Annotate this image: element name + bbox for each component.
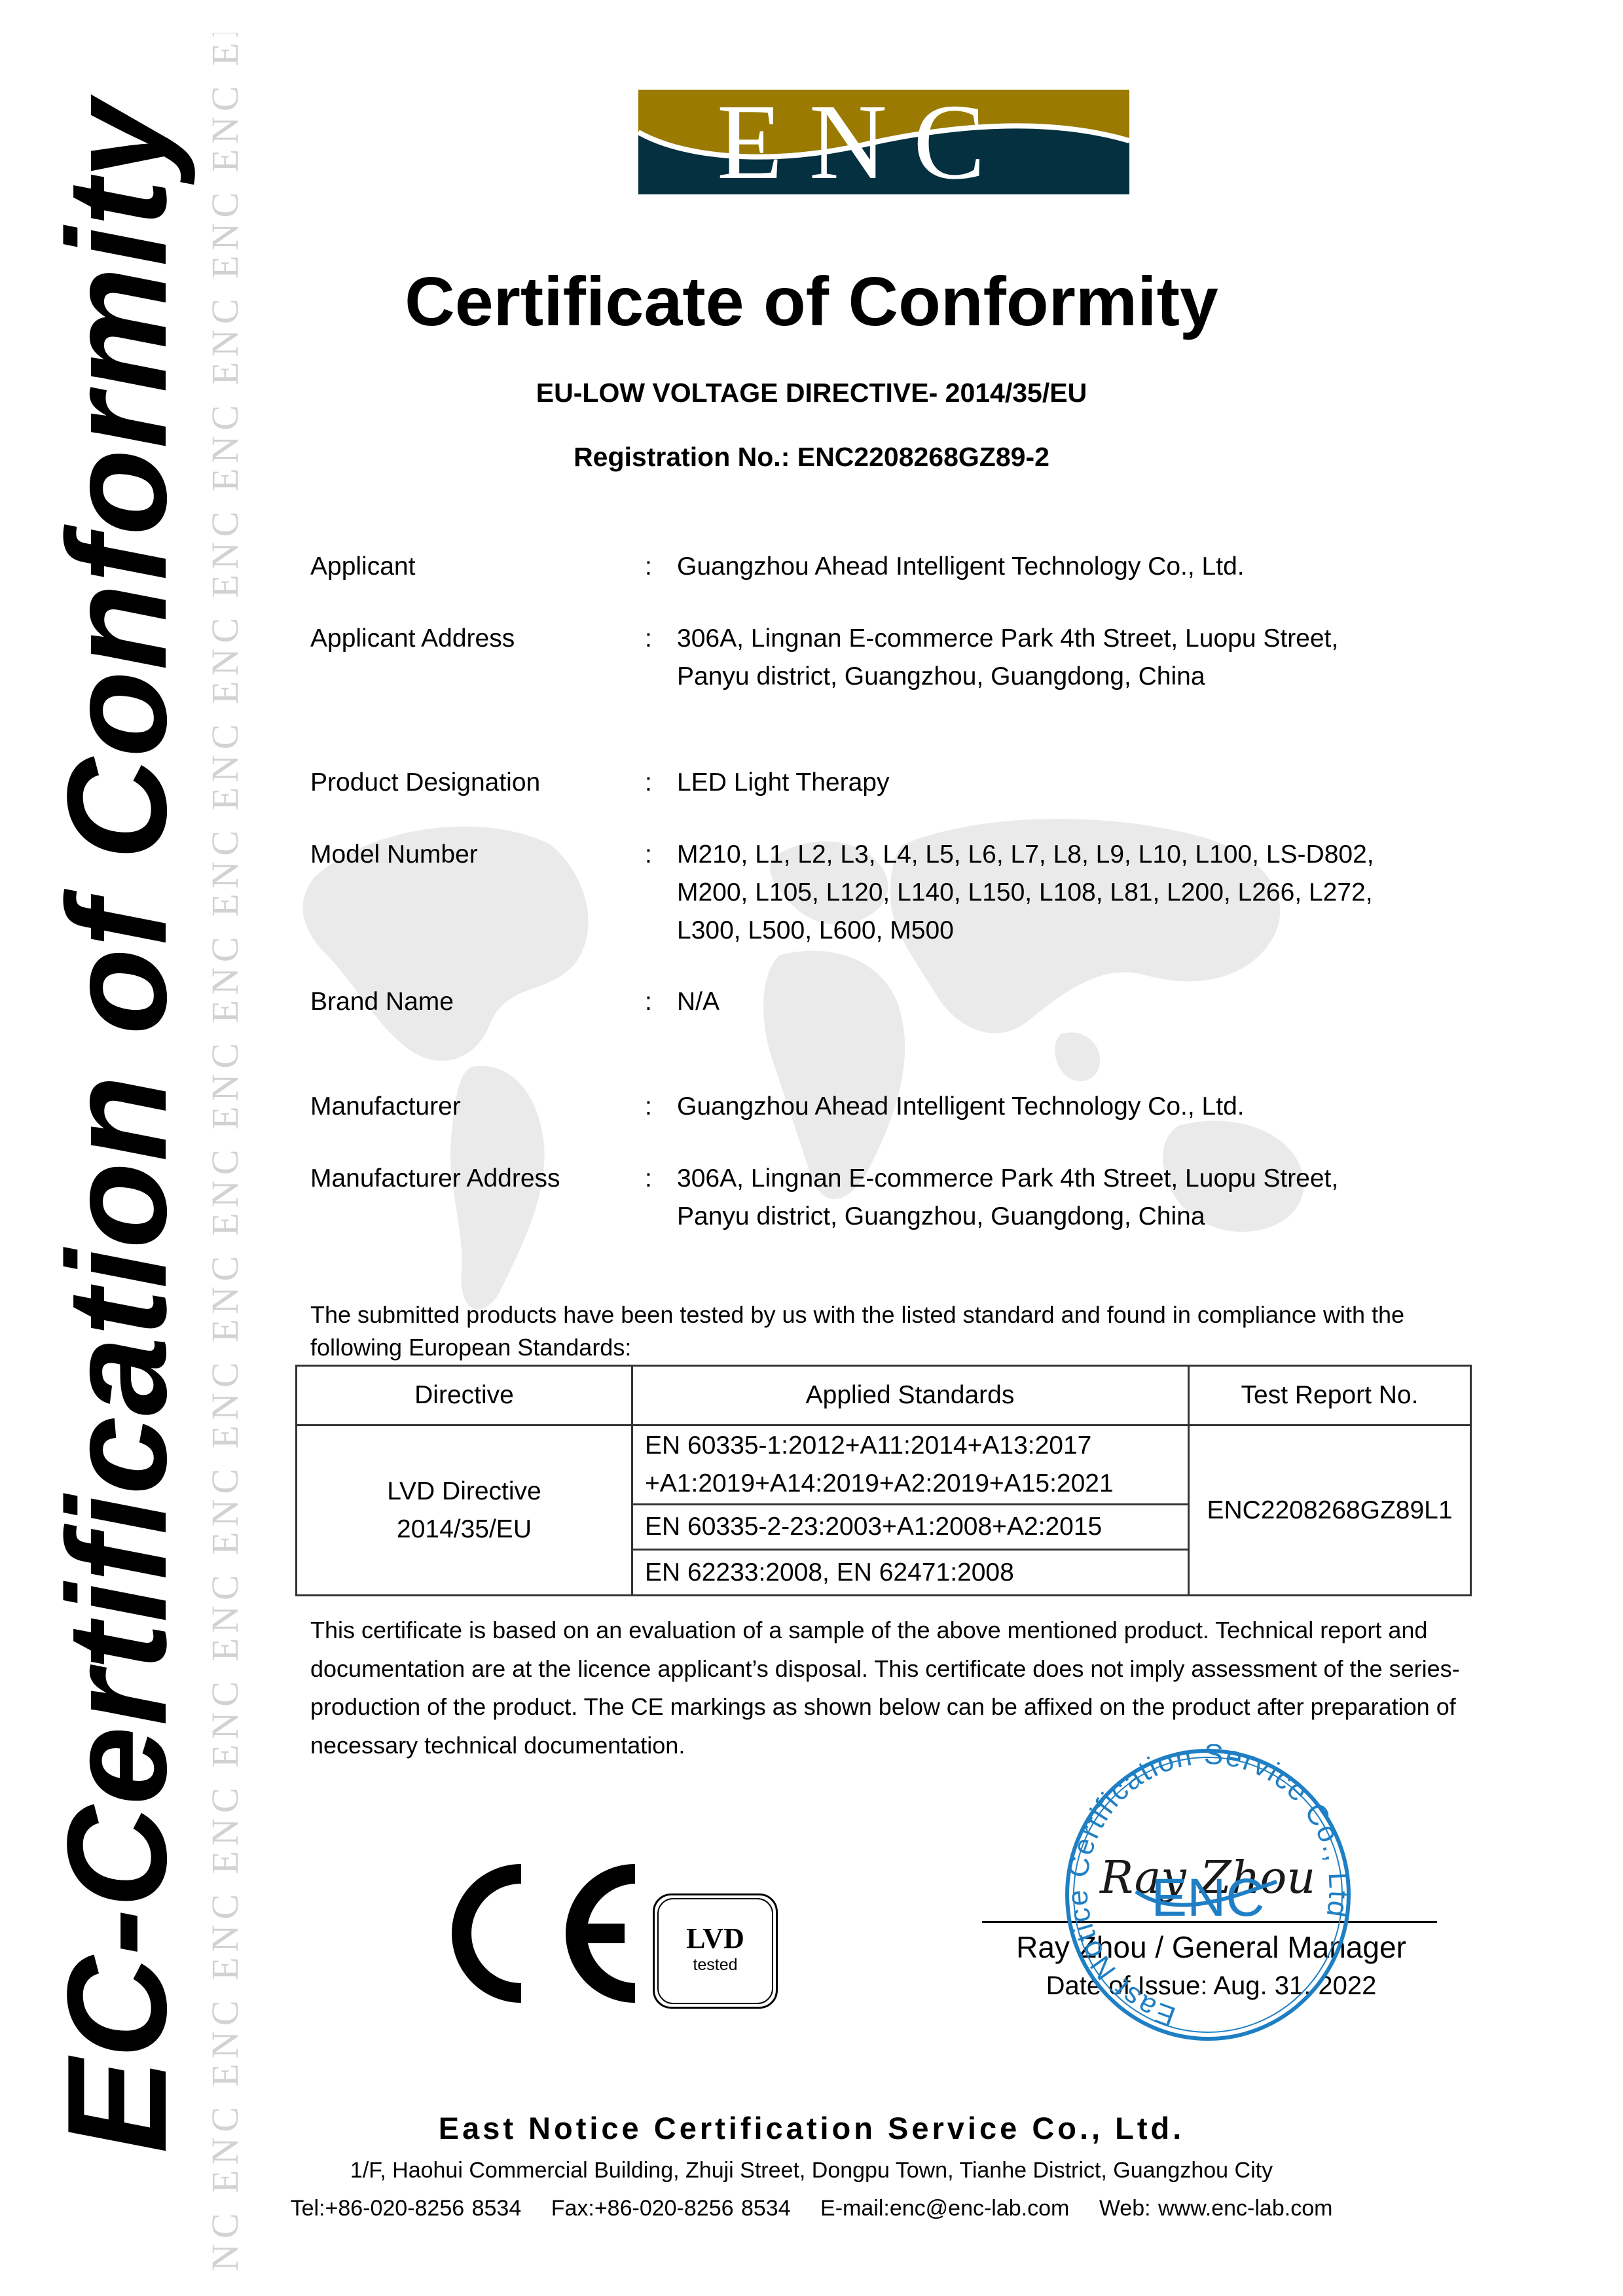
side-banner-title: EC-Certification of Conformity xyxy=(46,59,187,2153)
ce-mark-icon xyxy=(452,1864,642,2003)
field-colon: : xyxy=(645,983,652,1021)
field-value: LED Light Therapy xyxy=(677,764,1489,802)
header-test-report: Test Report No. xyxy=(1189,1366,1471,1426)
registration-number: Registration No.: ENC2208268GZ89-2 xyxy=(0,442,1623,473)
field-value-line1: 306A, Lingnan E-commerce Park 4th Street… xyxy=(677,1160,1489,1198)
issue-date: Date of Issue: Aug. 31, 2022 xyxy=(969,1971,1453,2001)
directive-name: LVD Directive xyxy=(298,1473,630,1511)
field-value-line1: 306A, Lingnan E-commerce Park 4th Street… xyxy=(677,620,1489,658)
field-colon: : xyxy=(645,620,652,658)
table-header-row: Directive Applied Standards Test Report … xyxy=(297,1366,1471,1426)
signature-line xyxy=(982,1921,1437,1923)
field-value: N/A xyxy=(677,983,1489,1021)
field-colon: : xyxy=(645,548,652,586)
table-row: LVD Directive 2014/35/EU EN 60335-1:2012… xyxy=(297,1426,1471,1505)
field-label: Applicant xyxy=(310,548,415,586)
field-label: Manufacturer Address xyxy=(310,1160,560,1198)
standard-cell: EN 60335-1:2012+A11:2014+A13:2017 +A1:20… xyxy=(632,1426,1189,1505)
standards-intro: The submitted products have been tested … xyxy=(310,1299,1476,1364)
enc-logo: ENC xyxy=(638,90,1129,194)
field-label: Manufacturer xyxy=(310,1088,461,1126)
field-label: Applicant Address xyxy=(310,620,515,658)
signer-name-title: Ray Zhou / General Manager xyxy=(969,1929,1453,1965)
field-colon: : xyxy=(645,1160,652,1198)
issuer-tel: Tel:+86-020-8256 8534 xyxy=(291,2196,522,2221)
field-value: 306A, Lingnan E-commerce Park 4th Street… xyxy=(677,620,1489,696)
side-enc-watermark: NC ENC ENC ENC ENC ENC ENC ENC ENC ENC E… xyxy=(206,33,244,2271)
report-number-cell: ENC2208268GZ89L1 xyxy=(1189,1426,1471,1596)
directive-number: 2014/35/EU xyxy=(298,1511,630,1549)
directive-subtitle: EU-LOW VOLTAGE DIRECTIVE- 2014/35/EU xyxy=(0,378,1623,408)
svg-text:ENC: ENC xyxy=(717,90,1012,194)
field-colon: : xyxy=(645,1088,652,1126)
standard-line: EN 60335-1:2012+A11:2014+A13:2017 xyxy=(645,1427,1187,1465)
issuer-company-name: East Notice Certification Service Co., L… xyxy=(0,2110,1623,2146)
lvd-badge-subtitle: tested xyxy=(659,1956,772,1975)
standard-cell: EN 62233:2008, EN 62471:2008 xyxy=(632,1550,1189,1596)
lvd-tested-badge: LVD tested xyxy=(653,1893,778,2009)
issuer-contact: Tel:+86-020-8256 8534 Fax:+86-020-8256 8… xyxy=(0,2196,1623,2221)
field-value-line2: M200, L105, L120, L140, L150, L108, L81,… xyxy=(677,874,1489,912)
field-value-line3: L300, L500, L600, M500 xyxy=(677,912,1489,950)
header-directive: Directive xyxy=(297,1366,632,1426)
field-value-line2: Panyu district, Guangzhou, Guangdong, Ch… xyxy=(677,1198,1489,1236)
handwritten-signature: Ray Zhou xyxy=(1100,1852,1315,1904)
field-label: Brand Name xyxy=(310,983,454,1021)
issuer-website[interactable]: Web: www.enc-lab.com xyxy=(1099,2196,1333,2221)
issuer-address: 1/F, Haohui Commercial Building, Zhuji S… xyxy=(0,2158,1623,2183)
header-applied-standards: Applied Standards xyxy=(632,1366,1189,1426)
issuer-fax: Fax:+86-020-8256 8534 xyxy=(551,2196,791,2221)
field-value: Guangzhou Ahead Intelligent Technology C… xyxy=(677,548,1489,586)
field-value: M210, L1, L2, L3, L4, L5, L6, L7, L8, L9… xyxy=(677,836,1489,950)
standard-cell: EN 60335-2-23:2003+A1:2008+A2:2015 xyxy=(632,1505,1189,1550)
lvd-badge-title: LVD xyxy=(659,1924,772,1953)
field-colon: : xyxy=(645,764,652,802)
field-value-line2: Panyu district, Guangzhou, Guangdong, Ch… xyxy=(677,658,1489,696)
field-label: Model Number xyxy=(310,836,478,874)
field-colon: : xyxy=(645,836,652,874)
standard-line: +A1:2019+A14:2019+A2:2019+A15:2021 xyxy=(645,1465,1187,1503)
field-value-line1: M210, L1, L2, L3, L4, L5, L6, L7, L8, L9… xyxy=(677,836,1489,874)
field-value: 306A, Lingnan E-commerce Park 4th Street… xyxy=(677,1160,1489,1236)
directive-cell: LVD Directive 2014/35/EU xyxy=(297,1426,632,1596)
certificate-notice: This certificate is based on an evaluati… xyxy=(310,1611,1482,1765)
field-value: Guangzhou Ahead Intelligent Technology C… xyxy=(677,1088,1489,1126)
certificate-title: Certificate of Conformity xyxy=(0,267,1623,336)
standards-table: Directive Applied Standards Test Report … xyxy=(295,1365,1472,1596)
issuer-email[interactable]: E-mail:enc@enc-lab.com xyxy=(820,2196,1069,2221)
field-label: Product Designation xyxy=(310,764,540,802)
